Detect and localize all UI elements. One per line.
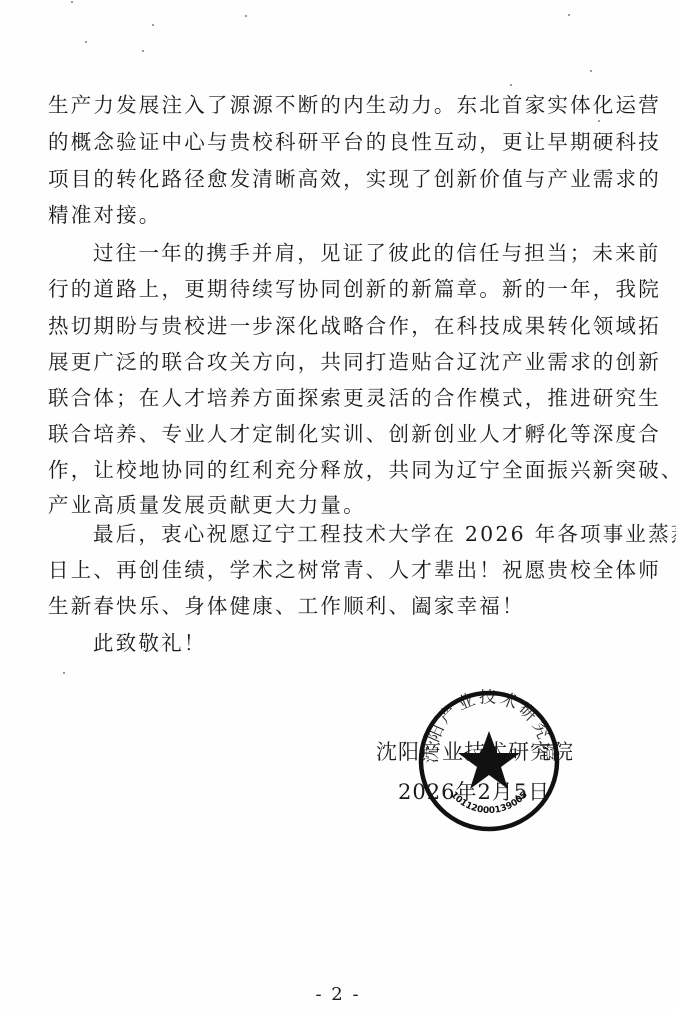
scan-speck bbox=[598, 120, 600, 122]
scan-speck bbox=[71, 1, 73, 3]
official-seal-stamp: 沈阳产业技术研究院 2101120001390055 bbox=[417, 689, 561, 833]
scan-speck bbox=[568, 14, 570, 16]
star-icon bbox=[458, 731, 520, 789]
p2-line-1: 过往一年的携手并肩，见证了彼此的信任与担当；未来前 bbox=[93, 241, 596, 265]
page-number: - 2 - bbox=[0, 985, 676, 1005]
p2-line-4: 展更广泛的联合攻关方向，共同打造贴合辽沈产业需求的创新 bbox=[48, 350, 596, 374]
document-page: 生产力发展注入了源源不断的内生动力。东北首家实体化运营 的概念验证中心与贵校科研… bbox=[0, 0, 676, 1010]
scan-speck bbox=[85, 41, 87, 43]
p2-line-3: 热切期盼与贵校进一步深化战略合作，在科技成果转化领域拓 bbox=[48, 314, 596, 338]
p3-line-3: 生新春快乐、身体健康、工作顺利、阖家幸福！ bbox=[48, 594, 596, 618]
p2-line-6: 联合培养、专业人才定制化实训、创新创业人才孵化等深度合 bbox=[48, 422, 596, 446]
p2-line-8: 产业高质量发展贡献更大力量。 bbox=[48, 493, 596, 517]
p1-line-2: 的概念验证中心与贵校科研平台的良性互动，更让早期硬科技 bbox=[48, 130, 596, 154]
scan-speck bbox=[510, 84, 512, 86]
closing-salutation: 此致敬礼！ bbox=[93, 631, 207, 655]
p2-line-2: 行的道路上，更期待续写协同创新的新篇章。新的一年，我院 bbox=[48, 277, 596, 301]
p2-line-5: 联合体；在人才培养方面探索更灵活的合作模式，推进研究生 bbox=[48, 386, 596, 410]
scan-speck bbox=[63, 672, 65, 674]
scan-speck bbox=[245, 15, 247, 17]
p1-line-3: 项目的转化路径愈发清晰高效，实现了创新价值与产业需求的 bbox=[48, 167, 596, 191]
p1-line-4: 精准对接。 bbox=[48, 203, 596, 227]
scan-speck bbox=[142, 50, 144, 52]
p3-line-2: 日上、再创佳绩，学术之树常青、人才辈出！祝愿贵校全体师 bbox=[48, 558, 596, 582]
scan-speck bbox=[590, 70, 592, 72]
p2-line-7: 作，让校地协同的红利充分释放，共同为辽宁全面振兴新突破、 bbox=[48, 458, 596, 482]
p1-line-1: 生产力发展注入了源源不断的内生动力。东北首家实体化运营 bbox=[48, 93, 596, 117]
scan-speck bbox=[152, 24, 154, 26]
p3-line-1: 最后，衷心祝愿辽宁工程技术大学在 2026 年各项事业蒸蒸 bbox=[93, 522, 596, 546]
